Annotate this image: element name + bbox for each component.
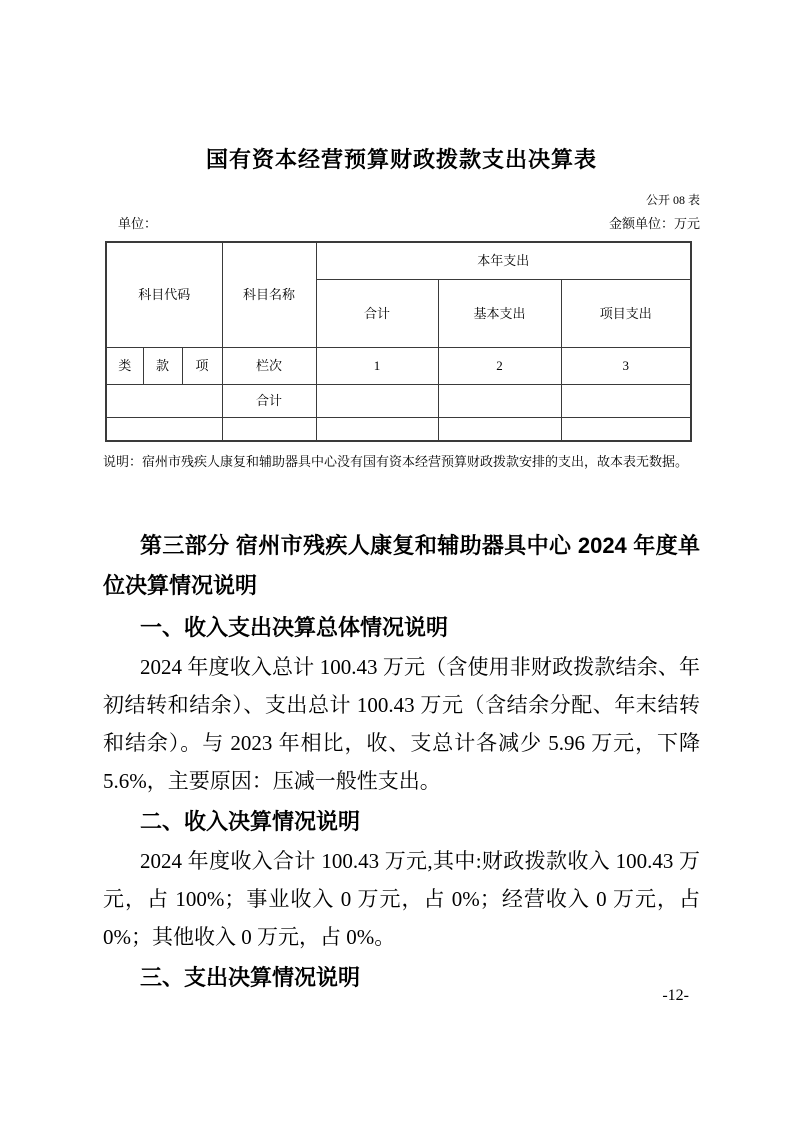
- header-subject-code: 科目代码: [106, 242, 222, 347]
- cell-total: [316, 417, 438, 441]
- budget-expenditure-table: 科目代码 科目名称 本年支出 合计 基本支出 项目支出 类 款 项 栏次 1 2…: [105, 241, 692, 442]
- page-number: -12-: [662, 986, 689, 1006]
- document-title: 国有资本经营预算财政拨款支出决算表: [103, 144, 700, 176]
- cell-basic-expenditure: [438, 417, 561, 441]
- column-number-2: 2: [438, 347, 561, 384]
- header-total: 合计: [316, 279, 438, 347]
- unit-meta-line: 单位： 金额单位：万元: [103, 215, 700, 233]
- paragraph-income-expenditure-overview: 2024 年度收入总计 100.43 万元（含使用非财政拨款结余、年初结转和结余…: [103, 648, 700, 800]
- paragraph-income-detail: 2024 年度收入合计 100.43 万元,其中:财政拨款收入 100.43 万…: [103, 842, 700, 956]
- amount-unit-label: 金额单位：万元: [609, 215, 700, 233]
- header-basic-expenditure: 基本支出: [438, 279, 561, 347]
- header-category: 类: [106, 347, 143, 384]
- section-three-heading: 第三部分 宿州市残疾人康复和辅助器具中心 2024 年度单位决算情况说明: [103, 526, 700, 606]
- header-section: 款: [143, 347, 182, 384]
- header-subject-name: 科目名称: [222, 242, 316, 347]
- cell-subject-code: [106, 417, 222, 441]
- page-content: 国有资本经营预算财政拨款支出决算表 公开 08 表 单位： 金额单位：万元 科目…: [103, 0, 700, 998]
- header-current-year-expenditure: 本年支出: [316, 242, 691, 279]
- column-number-3: 3: [561, 347, 691, 384]
- subsection-three-heading: 三、支出决算情况说明: [103, 958, 700, 998]
- unit-label: 单位：: [103, 215, 157, 233]
- cell-total: [316, 384, 438, 417]
- cell-subject-code: [106, 384, 222, 417]
- header-project-expenditure: 项目支出: [561, 279, 691, 347]
- table-row: [106, 417, 691, 441]
- cell-subject-name: [222, 417, 316, 441]
- cell-project-expenditure: [561, 417, 691, 441]
- header-item: 项: [182, 347, 222, 384]
- form-number-label: 公开 08 表: [103, 192, 700, 208]
- subsection-two-heading: 二、收入决算情况说明: [103, 802, 700, 842]
- cell-subject-name: 合计: [222, 384, 316, 417]
- header-column-row-label: 栏次: [222, 347, 316, 384]
- column-number-1: 1: [316, 347, 438, 384]
- cell-project-expenditure: [561, 384, 691, 417]
- table-note: 说明：宿州市残疾人康复和辅助器具中心没有国有资本经营预算财政拨款安排的支出，故本…: [103, 453, 700, 471]
- table-row: 合计: [106, 384, 691, 417]
- subsection-one-heading: 一、收入支出决算总体情况说明: [103, 608, 700, 648]
- cell-basic-expenditure: [438, 384, 561, 417]
- document-page: 国有资本经营预算财政拨款支出决算表 公开 08 表 单位： 金额单位：万元 科目…: [0, 0, 793, 1122]
